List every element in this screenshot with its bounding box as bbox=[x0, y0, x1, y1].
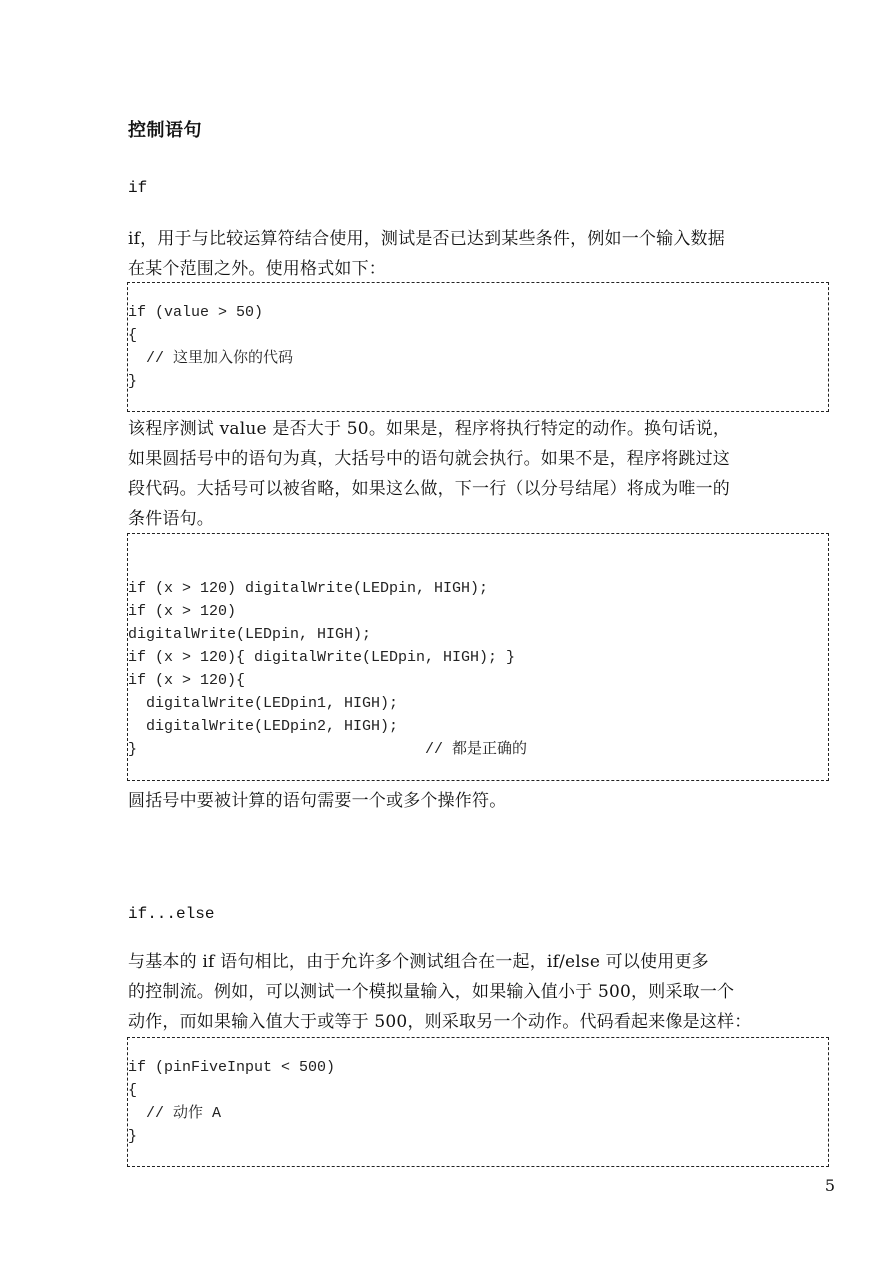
code-line: if (pinFiveInput < 500) bbox=[128, 1058, 335, 1078]
code-line: } bbox=[128, 372, 137, 392]
code-line: } bbox=[128, 1127, 137, 1147]
paragraph-line: 圆括号中要被计算的语句需要一个或多个操作符。 bbox=[128, 786, 832, 816]
code-line: digitalWrite(LEDpin, HIGH); bbox=[128, 625, 371, 645]
paragraph-line: 如果圆括号中的语句为真，大括号中的语句就会执行。如果不是，程序将跳过这 bbox=[128, 444, 832, 474]
code-line: // 这里加入你的代码 bbox=[128, 349, 293, 369]
code-line: if (x > 120){ digitalWrite(LEDpin, HIGH)… bbox=[128, 648, 515, 668]
code-block-if-basic: if (value > 50) { // 这里加入你的代码 } bbox=[127, 282, 829, 412]
code-line: { bbox=[128, 326, 137, 346]
if-note-paragraph: 圆括号中要被计算的语句需要一个或多个操作符。 bbox=[128, 786, 832, 816]
if-else-intro-paragraph: 与基本的 if 语句相比，由于允许多个测试组合在一起，if/else 可以使用更… bbox=[128, 947, 832, 1037]
code-line: digitalWrite(LEDpin1, HIGH); bbox=[128, 694, 398, 714]
code-line: if (value > 50) bbox=[128, 303, 263, 323]
paragraph-line: 的控制流。例如，可以测试一个模拟量输入，如果输入值小于 500，则采取一个 bbox=[128, 977, 832, 1007]
code-line: // 动作 A bbox=[128, 1104, 221, 1124]
paragraph-line: 在某个范围之外。使用格式如下： bbox=[128, 254, 832, 284]
paragraph-line: 条件语句。 bbox=[128, 504, 832, 534]
code-line: { bbox=[128, 1081, 137, 1101]
section-title: 控制语句 bbox=[128, 119, 202, 143]
code-line: } // 都是正确的 bbox=[128, 740, 527, 760]
paragraph-line: if，用于与比较运算符结合使用，测试是否已达到某些条件，例如一个输入数据 bbox=[128, 224, 832, 254]
page-number: 5 bbox=[825, 1176, 835, 1196]
code-block-if-else: if (pinFiveInput < 500) { // 动作 A } bbox=[127, 1037, 829, 1167]
code-line: if (x > 120) bbox=[128, 602, 236, 622]
document-page: 控制语句 if if，用于与比较运算符结合使用，测试是否已达到某些条件，例如一个… bbox=[0, 0, 892, 1262]
code-block-if-variants: if (x > 120) digitalWrite(LEDpin, HIGH);… bbox=[127, 533, 829, 781]
paragraph-line: 该程序测试 value 是否大于 50。如果是，程序将执行特定的动作。换句话说， bbox=[128, 414, 832, 444]
code-line: if (x > 120) digitalWrite(LEDpin, HIGH); bbox=[128, 579, 488, 599]
if-else-heading: if...else bbox=[128, 903, 214, 925]
paragraph-line: 与基本的 if 语句相比，由于允许多个测试组合在一起，if/else 可以使用更… bbox=[128, 947, 832, 977]
paragraph-line: 段代码。大括号可以被省略，如果这么做，下一行（以分号结尾）将成为唯一的 bbox=[128, 474, 832, 504]
if-explanation-paragraph: 该程序测试 value 是否大于 50。如果是，程序将执行特定的动作。换句话说，… bbox=[128, 414, 832, 534]
code-line: digitalWrite(LEDpin2, HIGH); bbox=[128, 717, 398, 737]
paragraph-line: 动作，而如果输入值大于或等于 500，则采取另一个动作。代码看起来像是这样： bbox=[128, 1007, 832, 1037]
if-intro-paragraph: if，用于与比较运算符结合使用，测试是否已达到某些条件，例如一个输入数据 在某个… bbox=[128, 224, 832, 284]
code-line: if (x > 120){ bbox=[128, 671, 245, 691]
if-heading: if bbox=[128, 177, 147, 199]
